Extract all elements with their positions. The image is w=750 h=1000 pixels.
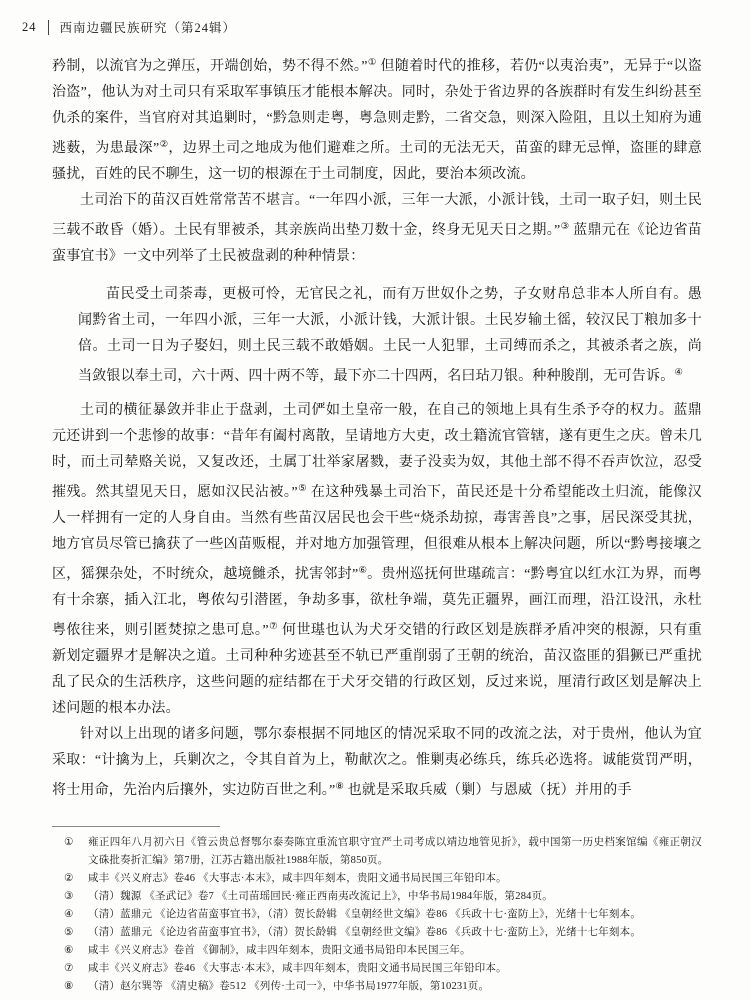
text-run: 苗民受土司荼毒，更极可怜，无官民之礼，而有万世奴仆之势，子女财帛总非本人所自有。… — [78, 287, 702, 384]
footnote-number: ⑥ — [52, 942, 88, 960]
book-page: 24 西南边疆民族研究（第24辑） 矜制，以流官为之弹压，开端创始，势不得不然。… — [0, 0, 750, 1000]
footnotes-section: ①雍正四年八月初六日《管云贵总督鄂尔泰奏陈宜重流官职守宜严土司考成以靖边地管见折… — [52, 826, 702, 996]
footnote-text: 雍正四年八月初六日《管云贵总督鄂尔泰奏陈宜重流官职守宜严土司考成以靖边地管见折》… — [88, 834, 702, 870]
footnote-ref: ⑥ — [358, 566, 367, 576]
footnote-ref: ③ — [560, 222, 569, 232]
footnote-text: 咸丰《兴义府志》卷46 《大事志·本末》，咸丰四年刻本，贵阳文通书局民国三年铅印… — [88, 870, 702, 888]
footnote-text: （清）蓝鼎元 《论边省苗蛮事宜书》，（清）贺长龄辑 《皇朝经世文编》卷86 《兵… — [88, 906, 702, 924]
footnote-list: ①雍正四年八月初六日《管云贵总督鄂尔泰奏陈宜重流官职守宜严土司考成以靖边地管见折… — [52, 834, 702, 996]
footnote-ref: ① — [368, 58, 377, 68]
footnote-ref: ⑤ — [298, 484, 307, 494]
footnote-text: 咸丰《兴义府志》卷46 《大事志·本末》，咸丰四年刻本，贵阳文通书局民国三年铅印… — [88, 960, 702, 978]
footnote-number: ③ — [52, 888, 88, 906]
footnote-number: ⑦ — [52, 960, 88, 978]
paragraph: 针对以上出现的诸多问题，鄂尔泰根据不同地区的情况采取不同的改流之法，对于贵州，他… — [52, 722, 702, 804]
block-quote: 苗民受土司荼毒，更极可怜，无官民之礼，而有万世奴仆之势，子女财帛总非本人所自有。… — [78, 282, 702, 390]
footnote-number: ⑧ — [52, 978, 88, 996]
footnote-divider — [52, 826, 220, 827]
text-run: 也就是采取兵威（剿）与恩威（抚）并用的手 — [344, 783, 632, 798]
footnote-ref: ④ — [674, 368, 683, 378]
footnote-number: ⑤ — [52, 924, 88, 942]
journal-title: 西南边疆民族研究（第24辑） — [60, 18, 237, 36]
header-divider — [48, 20, 49, 35]
footnote-item: ⑧（清）赵尔巽等 《清史稿》卷512 《列传·土司一》，中华书局1977年版，第… — [52, 978, 702, 996]
footnote-number: ② — [52, 870, 88, 888]
running-head: 24 西南边疆民族研究（第24辑） — [22, 18, 702, 36]
text-run: 矜制，以流官为之弹压，开端创始，势不得不然。” — [52, 59, 368, 74]
footnote-item: ⑦咸丰《兴义府志》卷46 《大事志·本末》，咸丰四年刻本，贵阳文通书局民国三年铅… — [52, 960, 702, 978]
footnote-item: ⑥咸丰《兴义府志》卷首 《御制》，咸丰四年刻本，贵阳文通书局铅印本民国三年。 — [52, 942, 702, 960]
footnote-item: ⑤（清）蓝鼎元 《论边省苗蛮事宜书》，（清）贺长龄辑 《皇朝经世文编》卷86 《… — [52, 924, 702, 942]
footnote-ref: ⑧ — [335, 782, 344, 792]
footnote-number: ① — [52, 834, 88, 870]
footnote-ref: ⑦ — [269, 622, 278, 632]
paragraph: 矜制，以流官为之弹压，开端创始，势不得不然。”① 但随着时代的推移，若仍“以夷治… — [52, 50, 702, 188]
paragraph: 土司的横征暴敛并非止于盘剥，土司俨如土皇帝一般，在自己的领地上具有生杀予夺的权力… — [52, 398, 702, 722]
footnote-number: ④ — [52, 906, 88, 924]
footnote-text: （清）赵尔巽等 《清史稿》卷512 《列传·土司一》，中华书局1977年版，第1… — [88, 978, 702, 996]
footnote-text: 咸丰《兴义府志》卷首 《御制》，咸丰四年刻本，贵阳文通书局铅印本民国三年。 — [88, 942, 702, 960]
page-number: 24 — [22, 20, 37, 35]
footnote-item: ③（清）魏源 《圣武记》卷7 《土司苗瑶回民·雍正西南夷改流记上》，中华书局19… — [52, 888, 702, 906]
footnote-item: ②咸丰《兴义府志》卷46 《大事志·本末》，咸丰四年刻本，贵阳文通书局民国三年铅… — [52, 870, 702, 888]
footnote-item: ④（清）蓝鼎元 《论边省苗蛮事宜书》，（清）贺长龄辑 《皇朝经世文编》卷86 《… — [52, 906, 702, 924]
footnote-text: （清）魏源 《圣武记》卷7 《土司苗瑶回民·雍正西南夷改流记上》，中华书局198… — [88, 888, 702, 906]
body-text: 矜制，以流官为之弹压，开端创始，势不得不然。”① 但随着时代的推移，若仍“以夷治… — [52, 50, 702, 804]
footnote-item: ①雍正四年八月初六日《管云贵总督鄂尔泰奏陈宜重流官职守宜严土司考成以靖边地管见折… — [52, 834, 702, 870]
paragraph: 土司治下的苗汉百姓常常苦不堪言。“一年四小派，三年一大派，小派计钱，土司一取子妇… — [52, 188, 702, 270]
footnote-text: （清）蓝鼎元 《论边省苗蛮事宜书》，（清）贺长龄辑 《皇朝经世文编》卷86 《兵… — [88, 924, 702, 942]
